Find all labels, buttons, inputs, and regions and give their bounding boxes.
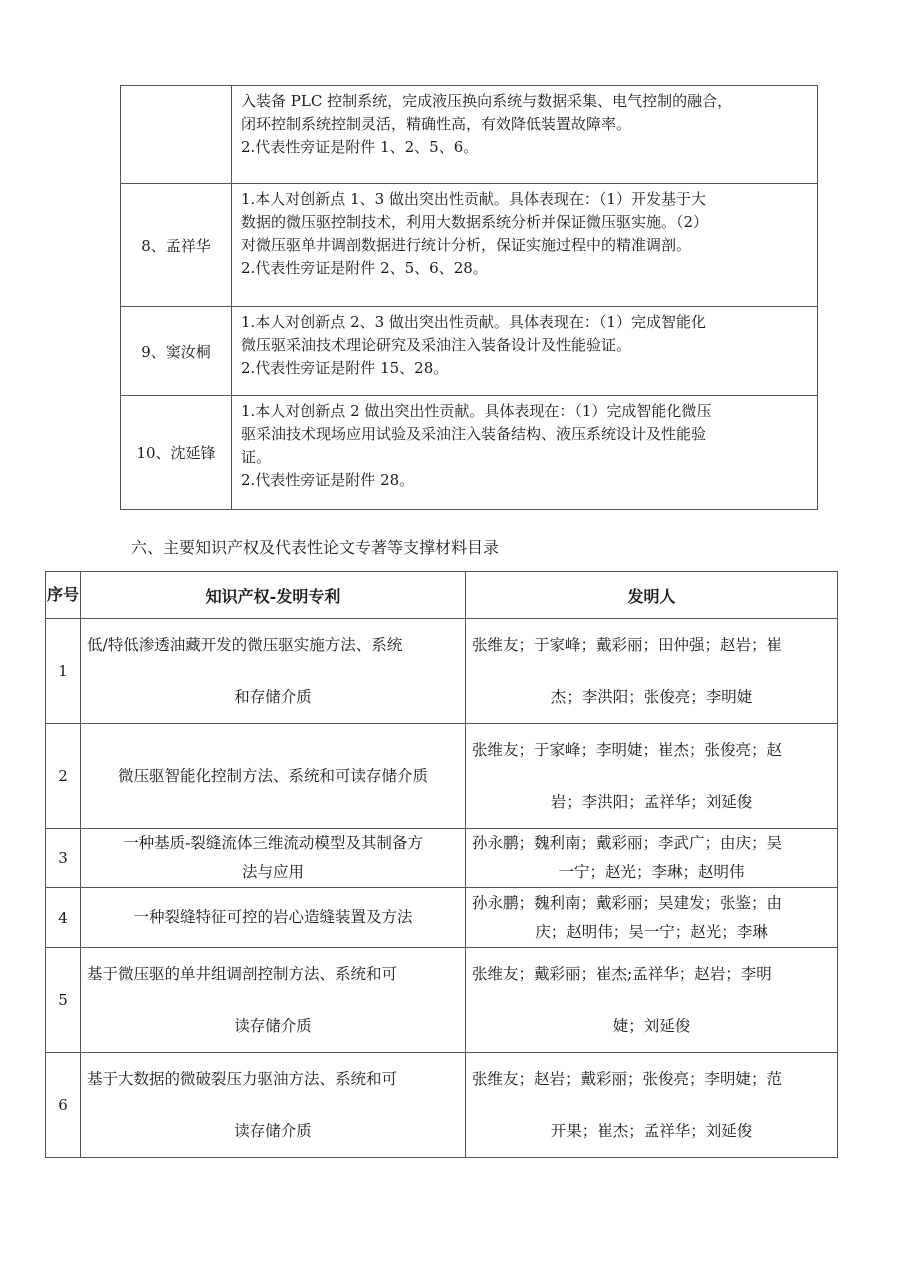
contributor-name: 10、沈延锋 xyxy=(121,396,232,510)
title-line: 一种裂缝特征可控的岩心造缝装置及方法 xyxy=(87,903,459,932)
contribution-row: 10、沈延锋 1.本人对创新点 2 做出突出性贡献。具体表现在：（1）完成智能化… xyxy=(121,396,818,510)
contributor-name xyxy=(121,86,232,184)
patent-title: 基于大数据的微破裂压力驱油方法、系统和可 读存储介质 xyxy=(81,1053,466,1158)
table-header-row: 序号 知识产权-发明专利 发明人 xyxy=(46,572,838,619)
row-index: 2 xyxy=(46,724,81,829)
inventor-line: 婕；刘延俊 xyxy=(472,1000,831,1052)
patent-inventors: 张维友；于家峰；戴彩丽；田仲强；赵岩；崔 杰；李洪阳；张俊亮；李明婕 xyxy=(466,619,838,724)
patent-inventors: 孙永鹏；魏利南；戴彩丽；李武广；由庆；吴 一宁；赵光；李琳；赵明伟 xyxy=(466,829,838,888)
table-row: 6 基于大数据的微破裂压力驱油方法、系统和可 读存储介质 张维友；赵岩；戴彩丽；… xyxy=(46,1053,838,1158)
contribution-row: 8、孟祥华 1.本人对创新点 1、3 做出突出性贡献。具体表现在：（1）开发基于… xyxy=(121,184,818,307)
patent-title: 微压驱智能化控制方法、系统和可读存储介质 xyxy=(81,724,466,829)
description-line: 证。 xyxy=(241,446,811,469)
patent-table: 序号 知识产权-发明专利 发明人 1 低/特低渗透油藏开发的微压驱实施方法、系统… xyxy=(45,571,838,1158)
row-index: 5 xyxy=(46,948,81,1053)
patent-title: 低/特低渗透油藏开发的微压驱实施方法、系统 和存储介质 xyxy=(81,619,466,724)
description-line: 2.代表性旁证是附件 15、28。 xyxy=(241,357,811,380)
contributor-name: 8、孟祥华 xyxy=(121,184,232,307)
row-index: 4 xyxy=(46,888,81,948)
contribution-description: 1.本人对创新点 2 做出突出性贡献。具体表现在：（1）完成智能化微压 驱采油技… xyxy=(232,396,818,510)
patent-inventors: 张维友；戴彩丽；崔杰;孟祥华；赵岩；李明 婕；刘延俊 xyxy=(466,948,838,1053)
description-line: 2.代表性旁证是附件 2、5、6、28。 xyxy=(241,257,811,280)
title-line: 读存储介质 xyxy=(87,1000,459,1052)
header-inventors: 发明人 xyxy=(466,572,838,619)
patent-inventors: 张维友；赵岩；戴彩丽；张俊亮；李明婕；范 开果；崔杰；孟祥华；刘延俊 xyxy=(466,1053,838,1158)
patent-title: 一种基质-裂缝流体三维流动模型及其制备方 法与应用 xyxy=(81,829,466,888)
title-line: 读存储介质 xyxy=(87,1105,459,1157)
contribution-row: 9、窦汝桐 1.本人对创新点 2、3 做出突出性贡献。具体表现在：（1）完成智能… xyxy=(121,307,818,396)
description-line: 微压驱采油技术理论研究及采油注入装备设计及性能验证。 xyxy=(241,334,811,357)
inventor-line: 张维友；赵岩；戴彩丽；张俊亮；李明婕；范 xyxy=(472,1053,831,1105)
header-patent-title: 知识产权-发明专利 xyxy=(81,572,466,619)
title-line: 一种基质-裂缝流体三维流动模型及其制备方 xyxy=(87,829,459,858)
table-row: 1 低/特低渗透油藏开发的微压驱实施方法、系统 和存储介质 张维友；于家峰；戴彩… xyxy=(46,619,838,724)
description-line: 对微压驱单井调剖数据进行统计分析，保证实施过程中的精准调剖。 xyxy=(241,234,811,257)
title-line: 微压驱智能化控制方法、系统和可读存储介质 xyxy=(87,750,459,802)
inventor-line: 庆；赵明伟；吴一宁；赵光；李琳 xyxy=(472,918,831,947)
inventor-line: 孙永鹏；魏利南；戴彩丽；李武广；由庆；吴 xyxy=(472,829,831,858)
title-line: 和存储介质 xyxy=(87,671,459,723)
contribution-description: 1.本人对创新点 2、3 做出突出性贡献。具体表现在：（1）完成智能化 微压驱采… xyxy=(232,307,818,396)
inventor-line: 张维友；戴彩丽；崔杰;孟祥华；赵岩；李明 xyxy=(472,948,831,1000)
description-line: 2.代表性旁证是附件 28。 xyxy=(241,469,811,492)
inventor-line: 一宁；赵光；李琳；赵明伟 xyxy=(472,858,831,887)
row-index: 1 xyxy=(46,619,81,724)
contributor-name: 9、窦汝桐 xyxy=(121,307,232,396)
patent-title: 一种裂缝特征可控的岩心造缝装置及方法 xyxy=(81,888,466,948)
contribution-description: 入装备 PLC 控制系统，完成液压换向系统与数据采集、电气控制的融合， 闭环控制… xyxy=(232,86,818,184)
section-heading: 六、主要知识产权及代表性论文专著等支撑材料目录 xyxy=(131,535,499,558)
title-line: 低/特低渗透油藏开发的微压驱实施方法、系统 xyxy=(87,619,459,671)
description-line: 数据的微压驱控制技术，利用大数据系统分析并保证微压驱实施。（2） xyxy=(241,211,811,234)
title-line: 基于大数据的微破裂压力驱油方法、系统和可 xyxy=(87,1053,459,1105)
description-line: 2.代表性旁证是附件 1、2、5、6。 xyxy=(241,136,811,159)
inventor-line: 孙永鹏；魏利南；戴彩丽；吴建发；张鉴；由 xyxy=(472,889,831,918)
inventor-line: 张维友；于家峰；李明婕；崔杰；张俊亮；赵 xyxy=(472,724,831,776)
row-index: 3 xyxy=(46,829,81,888)
inventor-line: 张维友；于家峰；戴彩丽；田仲强；赵岩；崔 xyxy=(472,619,831,671)
table-row: 4 一种裂缝特征可控的岩心造缝装置及方法 孙永鹏；魏利南；戴彩丽；吴建发；张鉴；… xyxy=(46,888,838,948)
contribution-row: 入装备 PLC 控制系统，完成液压换向系统与数据采集、电气控制的融合， 闭环控制… xyxy=(121,86,818,184)
table-row: 3 一种基质-裂缝流体三维流动模型及其制备方 法与应用 孙永鹏；魏利南；戴彩丽；… xyxy=(46,829,838,888)
description-line: 入装备 PLC 控制系统，完成液压换向系统与数据采集、电气控制的融合， xyxy=(241,90,811,113)
description-line: 1.本人对创新点 2 做出突出性贡献。具体表现在：（1）完成智能化微压 xyxy=(241,400,811,423)
patent-inventors: 孙永鹏；魏利南；戴彩丽；吴建发；张鉴；由 庆；赵明伟；吴一宁；赵光；李琳 xyxy=(466,888,838,948)
title-line: 基于微压驱的单井组调剖控制方法、系统和可 xyxy=(87,948,459,1000)
inventor-line: 开果；崔杰；孟祥华；刘延俊 xyxy=(472,1105,831,1157)
contribution-description: 1.本人对创新点 1、3 做出突出性贡献。具体表现在：（1）开发基于大 数据的微… xyxy=(232,184,818,307)
inventor-line: 岩；李洪阳；孟祥华；刘延俊 xyxy=(472,776,831,828)
title-line: 法与应用 xyxy=(87,858,459,887)
table-row: 2 微压驱智能化控制方法、系统和可读存储介质 张维友；于家峰；李明婕；崔杰；张俊… xyxy=(46,724,838,829)
description-line: 1.本人对创新点 2、3 做出突出性贡献。具体表现在：（1）完成智能化 xyxy=(241,311,811,334)
inventor-line: 杰；李洪阳；张俊亮；李明婕 xyxy=(472,671,831,723)
description-line: 1.本人对创新点 1、3 做出突出性贡献。具体表现在：（1）开发基于大 xyxy=(241,188,811,211)
table-row: 5 基于微压驱的单井组调剖控制方法、系统和可 读存储介质 张维友；戴彩丽；崔杰;… xyxy=(46,948,838,1053)
description-line: 闭环控制系统控制灵活，精确性高，有效降低装置故障率。 xyxy=(241,113,811,136)
header-index: 序号 xyxy=(46,572,81,619)
row-index: 6 xyxy=(46,1053,81,1158)
patent-title: 基于微压驱的单井组调剖控制方法、系统和可 读存储介质 xyxy=(81,948,466,1053)
description-line: 驱采油技术现场应用试验及采油注入装备结构、液压系统设计及性能验 xyxy=(241,423,811,446)
patent-inventors: 张维友；于家峰；李明婕；崔杰；张俊亮；赵 岩；李洪阳；孟祥华；刘延俊 xyxy=(466,724,838,829)
contribution-table: 入装备 PLC 控制系统，完成液压换向系统与数据采集、电气控制的融合， 闭环控制… xyxy=(120,85,818,510)
